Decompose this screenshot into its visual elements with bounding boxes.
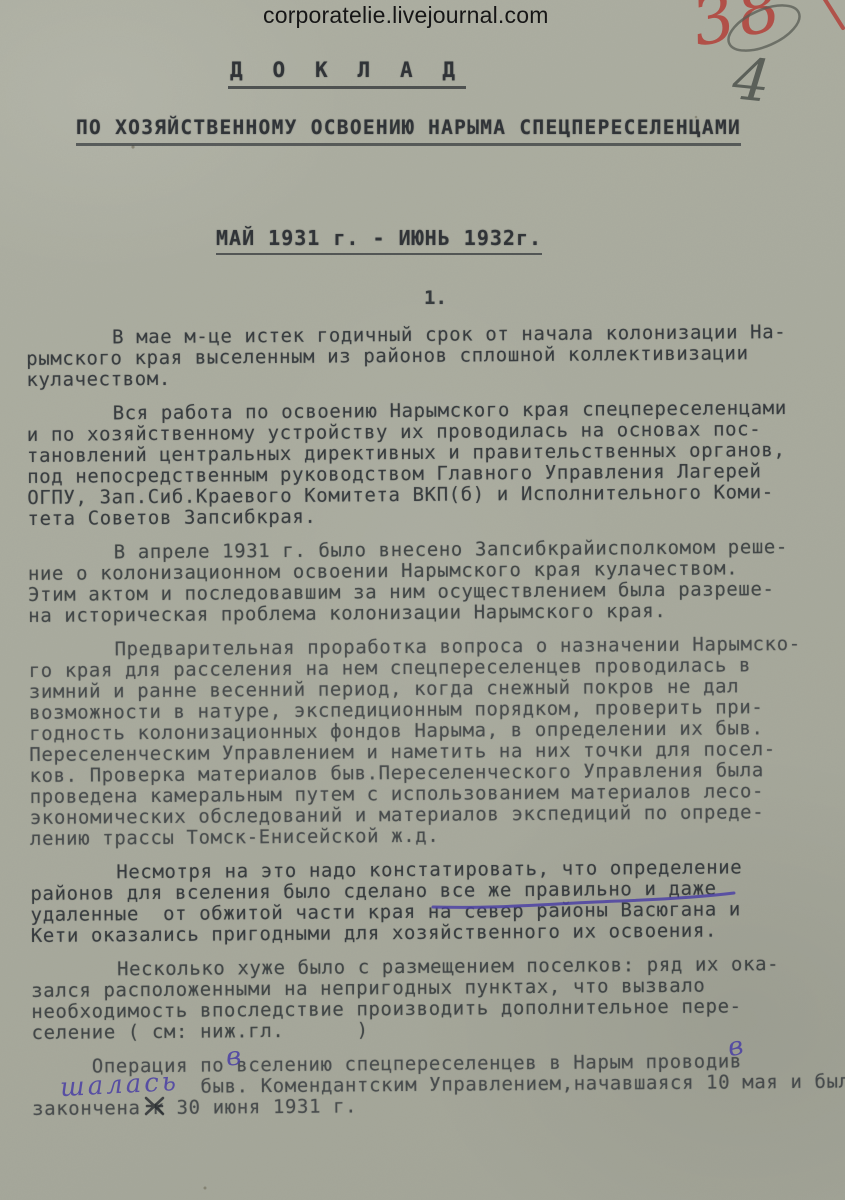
text-line: закончена к 30 июня 1931 г. — [32, 1093, 832, 1120]
text-line: кулачеством. — [26, 364, 826, 391]
paragraph: Несмотря на это надо констатировать, что… — [30, 857, 831, 947]
paragraph: В мае м-це истек годичный срок от начала… — [26, 322, 826, 391]
text-line: лению трассы Томск-Енисейской ж.д. — [30, 823, 830, 850]
document-period: МАЙ 1931 г. - ИЮНЬ 1932г. — [216, 226, 542, 255]
paragraph: Несколько хуже было с размещением поселк… — [31, 954, 832, 1044]
text-line: тета Советов Запсибкрая. — [27, 503, 827, 530]
section-number: 1. — [424, 287, 447, 309]
document-body: В мае м-це истек годичный срок от начала… — [26, 322, 832, 1133]
pencil-page-number: 4 — [730, 44, 774, 115]
text-line: селение ( см: ниж.гл. ) — [31, 1017, 831, 1044]
document-subtitle: ПО ХОЗЯЙСТВЕННОМУ ОСВОЕНИЮ НАРЫМА СПЕЦПЕ… — [76, 116, 741, 146]
red-handwritten-number: 38 — [685, 0, 791, 62]
scanned-document-page: corporatelie.livejournal.com 38 4 Д О К … — [0, 0, 845, 1200]
paragraph: Вся работа по освоению Нарымского края с… — [27, 398, 828, 530]
paragraph: В апреле 1931 г. было внесено Запсибкрай… — [28, 537, 829, 627]
text-line: Кети оказались пригодными для хозяйствен… — [31, 920, 831, 947]
text-line: на историческая проблема колонизации Нар… — [28, 600, 828, 627]
paragraph: Операция по вселению спецпереселенцев в … — [32, 1051, 832, 1120]
pencil-oval-mark — [722, 0, 806, 60]
paragraph: Предварительная проработка вопроса о наз… — [28, 634, 830, 850]
document-title: Д О К Л А Д — [228, 58, 466, 89]
red-corner-mark — [824, 0, 843, 28]
watermark: corporatelie.livejournal.com — [263, 2, 549, 29]
